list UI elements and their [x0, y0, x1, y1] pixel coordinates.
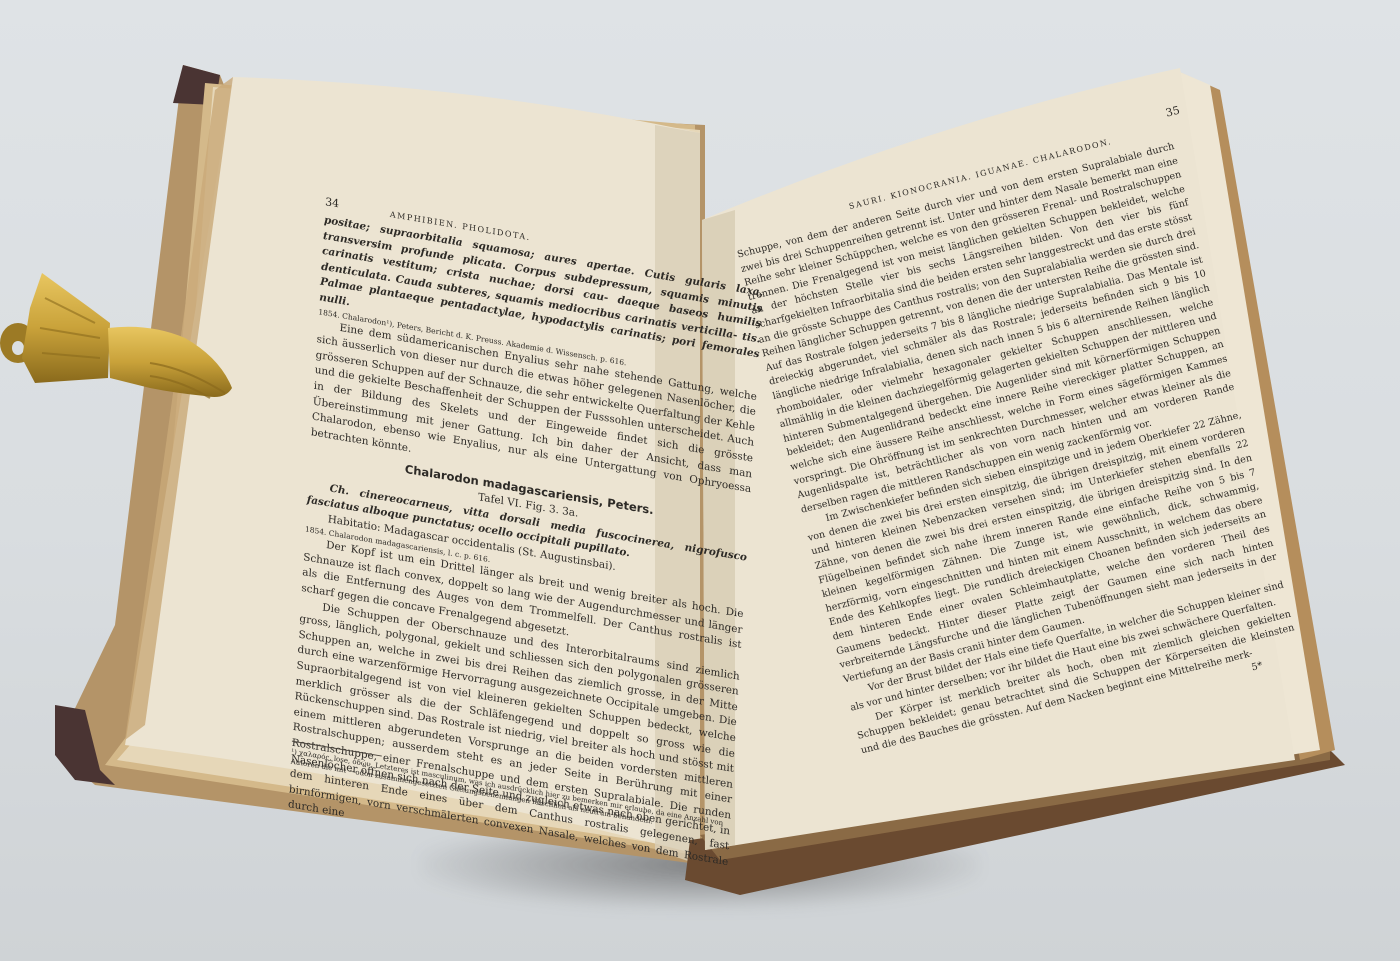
- left-page-number: 34: [325, 195, 340, 210]
- photo-scene: 34 AMPHIBIEN. PHOLIDOTA. positae; suprao…: [0, 0, 1400, 961]
- left-page: 34 AMPHIBIEN. PHOLIDOTA. positae; suprao…: [192, 110, 694, 890]
- brass-hand-clip-icon: [0, 268, 245, 408]
